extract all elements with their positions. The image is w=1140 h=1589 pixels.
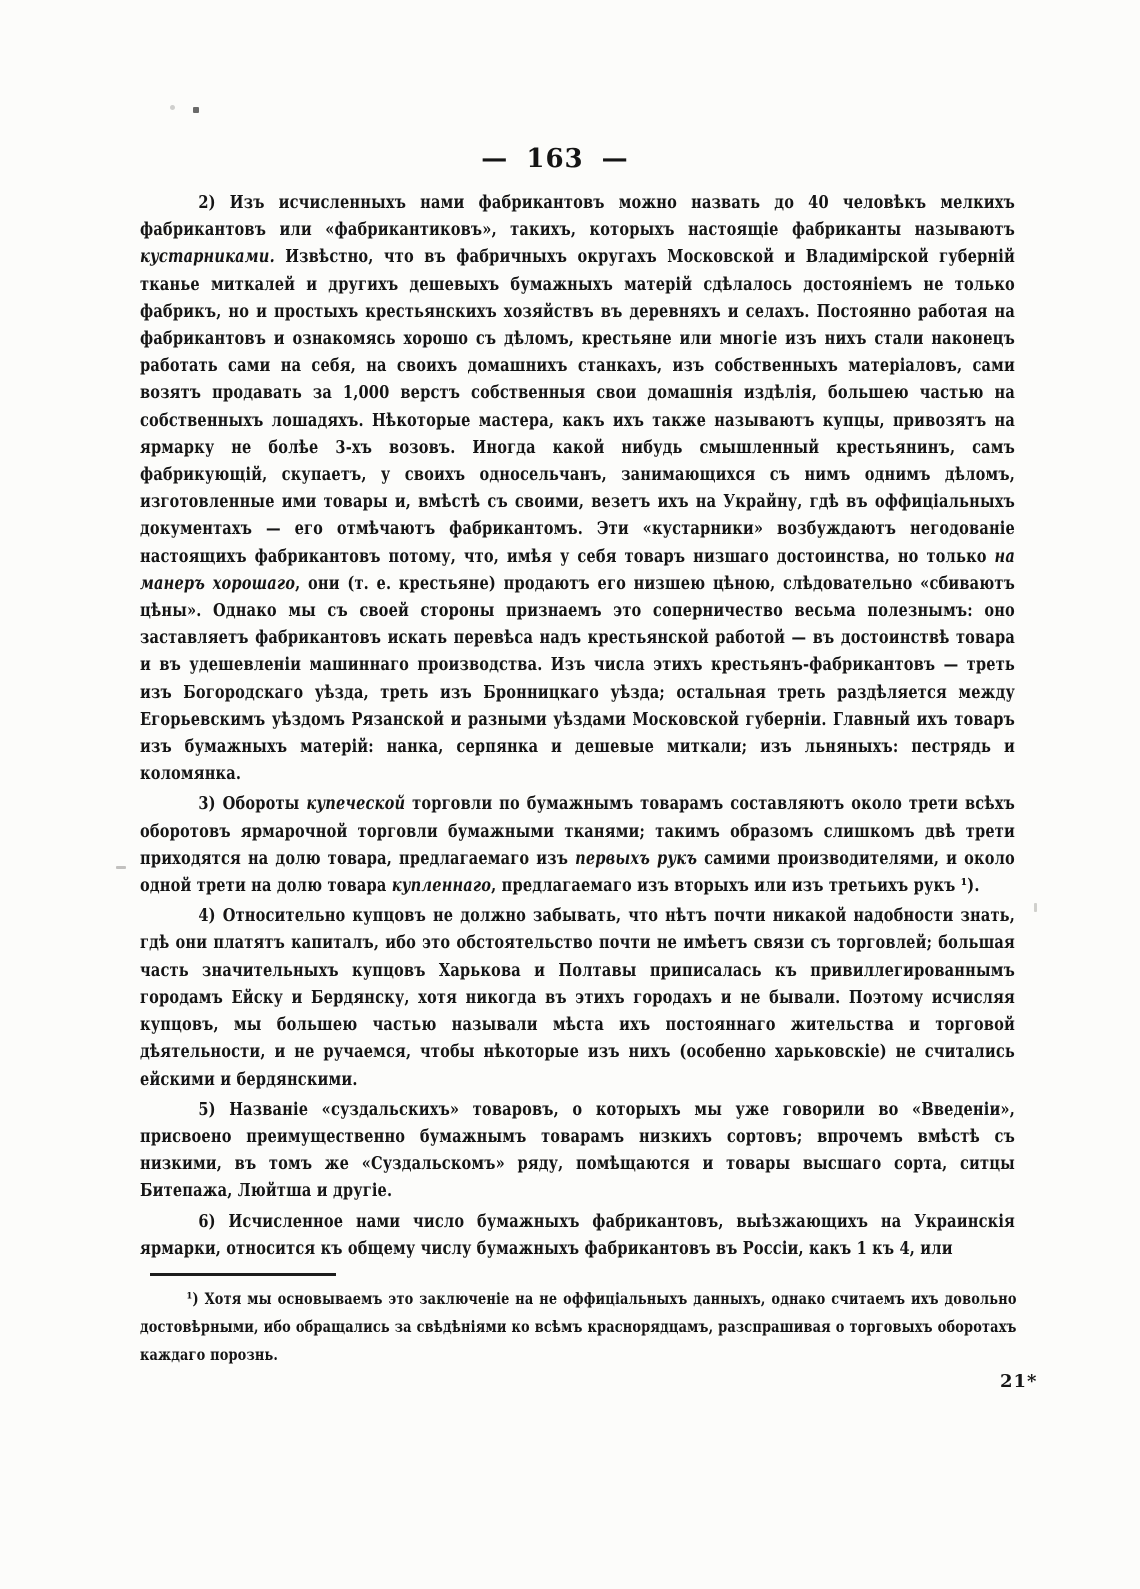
paragraph-note-4: 4) Относительно купцовъ не должно забыва… bbox=[140, 903, 1015, 1093]
scan-artifact bbox=[116, 866, 126, 869]
text-run: 4) Относительно купцовъ не должно забыва… bbox=[140, 906, 1015, 1089]
page-number: — 163 — bbox=[0, 144, 1110, 174]
book-page: — 163 — 2) Изъ исчисленныхъ нами фабрика… bbox=[0, 0, 1140, 1589]
scan-artifact bbox=[1034, 903, 1037, 912]
footnote-block: ¹) Хотя мы основываемъ это заключеніе на… bbox=[140, 1273, 1140, 1392]
paragraph-note-2: 2) Изъ исчисленныхъ нами фабрикантовъ мо… bbox=[140, 190, 1015, 788]
text-run: ¹) Хотя мы основываемъ это заключеніе на… bbox=[140, 1289, 1017, 1364]
text-run: 2) Изъ исчисленныхъ нами фабрикантовъ мо… bbox=[140, 193, 1015, 240]
signature-mark: 21* bbox=[1000, 1371, 1140, 1392]
text-body: 2) Изъ исчисленныхъ нами фабрикантовъ мо… bbox=[140, 190, 1015, 1263]
text-run: , предлагаемаго изъ вторыхъ или изъ трет… bbox=[491, 876, 979, 896]
footnote-separator-rule bbox=[150, 1273, 336, 1276]
text-run: Извѣстно, что въ фабричныхъ округахъ Мос… bbox=[140, 247, 1015, 566]
italic-text-run: купеческой bbox=[306, 794, 405, 814]
italic-text-run: кустарниками. bbox=[140, 247, 275, 267]
paragraph-note-6: 6) Исчисленное нами число бумажныхъ фабр… bbox=[140, 1209, 1015, 1263]
italic-text-run: первыхъ рукъ bbox=[575, 849, 697, 869]
text-run: 5) Названіе «суздальскихъ» товаровъ, о к… bbox=[140, 1100, 1015, 1202]
text-run: 3) Обороты bbox=[198, 794, 306, 814]
scan-artifact bbox=[193, 107, 199, 113]
paragraph-note-5: 5) Названіе «суздальскихъ» товаровъ, о к… bbox=[140, 1097, 1015, 1206]
text-run: 6) Исчисленное нами число бумажныхъ фабр… bbox=[140, 1212, 1015, 1259]
italic-text-run: купленнаго bbox=[392, 876, 491, 896]
footnote: ¹) Хотя мы основываемъ это заключеніе на… bbox=[140, 1285, 1017, 1369]
text-run: , они (т. е. крестьяне) продаютъ его низ… bbox=[140, 574, 1015, 784]
paragraph-note-3: 3) Обороты купеческой торговли по бумажн… bbox=[140, 791, 1015, 900]
scan-artifact bbox=[170, 105, 175, 110]
